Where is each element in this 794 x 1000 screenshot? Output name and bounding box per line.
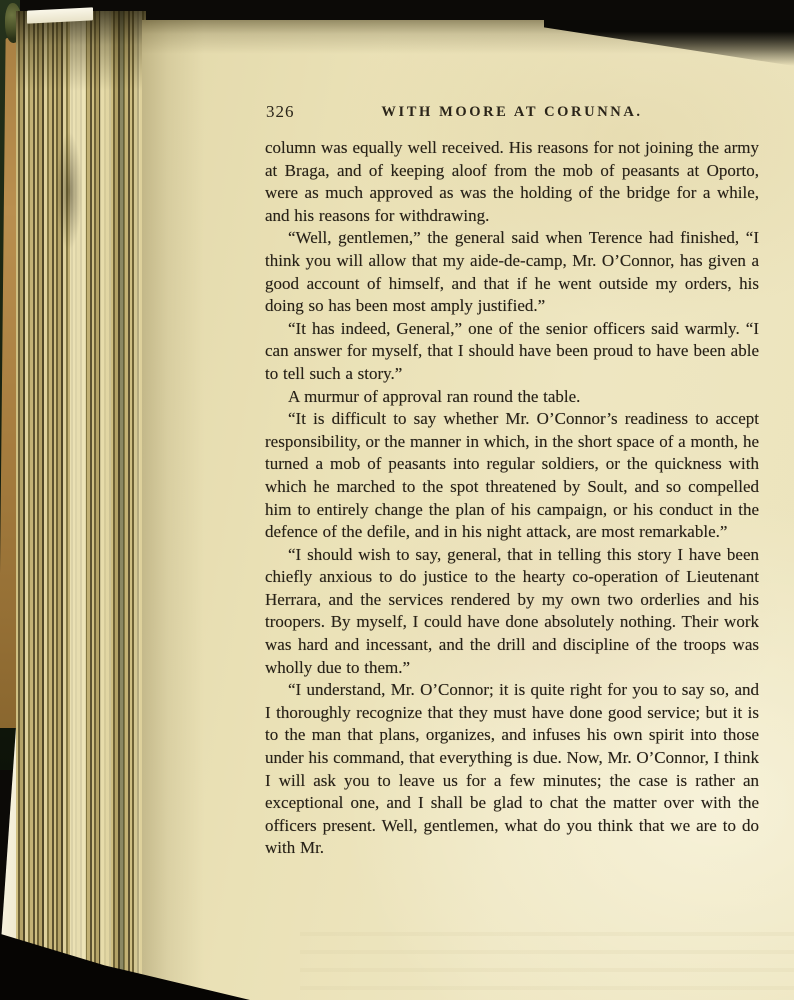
- printed-content: 326 WITH MOORE AT CORUNNA. column was eq…: [265, 102, 759, 860]
- paragraph: “It is difficult to say whether Mr. O’Co…: [265, 408, 759, 544]
- paragraph: “I should wish to say, general, that in …: [265, 544, 759, 680]
- scan-streaks: [300, 925, 794, 1000]
- book-scan: 326 WITH MOORE AT CORUNNA. column was eq…: [0, 0, 794, 1000]
- book-page: 326 WITH MOORE AT CORUNNA. column was eq…: [142, 20, 794, 1000]
- paragraph: “I understand, Mr. O’Connor; it is quite…: [265, 679, 759, 860]
- paragraph: column was equally well received. His re…: [265, 137, 759, 227]
- paragraph: A murmur of approval ran round the table…: [265, 386, 759, 409]
- running-title: WITH MOORE AT CORUNNA.: [381, 104, 642, 121]
- paragraph: “It has indeed, General,” one of the sen…: [265, 318, 759, 386]
- paragraph: “Well, gentlemen,” the general said when…: [265, 227, 759, 317]
- page-header: 326 WITH MOORE AT CORUNNA.: [265, 102, 759, 124]
- body-text: column was equally well received. His re…: [265, 137, 759, 860]
- page-number: 326: [266, 102, 295, 122]
- stacked-page-edges: [16, 11, 146, 1000]
